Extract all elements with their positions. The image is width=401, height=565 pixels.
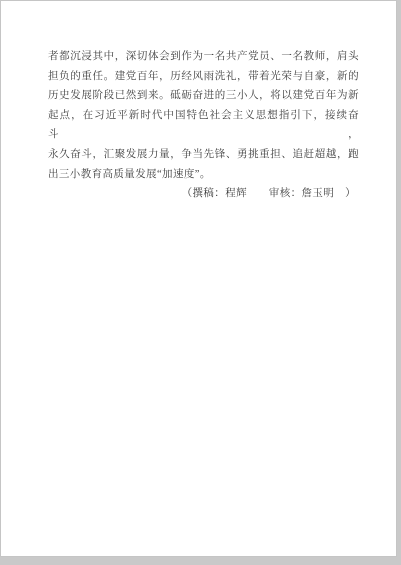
paragraph-line: 出三小教育高质量发展“加速度”。 xyxy=(48,165,359,185)
paragraph-line: 起点，在习近平新时代中国特色社会主义思想指引下，接续奋斗， xyxy=(48,106,359,145)
paragraph-line: 永久奋斗，汇聚发展力量，争当先锋、勇挑重担、追赶超越，跑 xyxy=(48,145,359,165)
paragraph-line: 历史发展阶段已然到来。砥砺奋进的三小人，将以建党百年为新 xyxy=(48,86,359,106)
paragraph: 者都沉浸其中，深切体会到作为一名共产党员、一名教师，肩头 担负的重任。建党百年，… xyxy=(48,47,359,204)
signature-line: （撰稿：程辉 审核：詹玉明 ） xyxy=(48,184,359,204)
document-page: 者都沉浸其中，深切体会到作为一名共产党员、一名教师，肩头 担负的重任。建党百年，… xyxy=(0,0,397,557)
paragraph-line: 者都沉浸其中，深切体会到作为一名共产党员、一名教师，肩头 xyxy=(48,47,359,67)
viewer-canvas: { "page": { "paragraph_lines": [ "者都沉浸其中… xyxy=(0,0,401,565)
paragraph-line: 担负的重任。建党百年，历经风雨洗礼，带着光荣与自豪，新的 xyxy=(48,67,359,87)
